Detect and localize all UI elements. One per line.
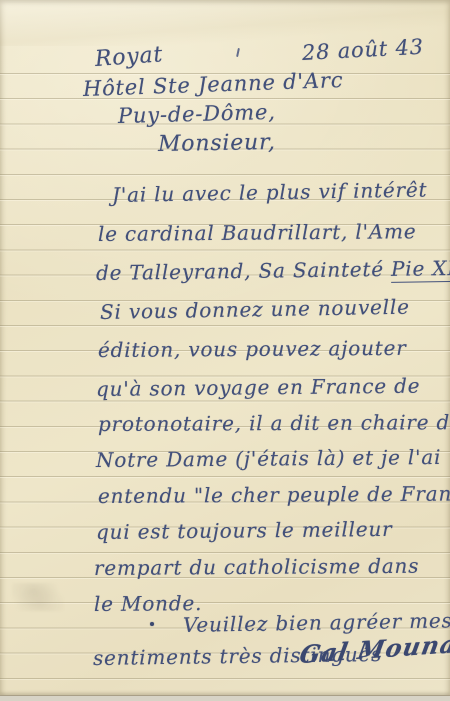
faint-pencil-mark — [12, 583, 64, 611]
body-line: de Talleyrand, Sa Sainteté Pie XII, — [96, 256, 450, 285]
body-line-text: de Talleyrand, Sa Sainteté — [96, 257, 391, 285]
body-line: le cardinal Baudrillart, l'Ame — [98, 219, 417, 246]
body-line: qu'à son voyage en France de — [96, 374, 421, 401]
address-line-region: Puy-de-Dôme, — [118, 100, 276, 128]
body-line: J'ai lu avec le plus vif intérêt — [112, 177, 428, 207]
date-text: 28 août 43 — [301, 35, 424, 65]
body-line: Si vous donnez une nouvelle — [100, 295, 410, 324]
body-line: entendu "le cher peuple de France, — [98, 481, 450, 508]
scan-bottom-edge — [0, 695, 450, 701]
underlined-pie-xii: Pie XII, — [391, 256, 450, 283]
body-line: qui est toujours le meilleur — [96, 517, 393, 544]
stray-ink-mark — [236, 48, 240, 57]
body-line: protonotaire, il a dit en chaire de — [98, 410, 450, 436]
body-line: rempart du catholicisme dans — [94, 554, 419, 580]
address-line-hotel: Hôtel Ste Jeanne d'Arc — [83, 68, 344, 101]
letter-page: Royat 28 août 43 Hôtel Ste Jeanne d'Arc … — [0, 0, 450, 701]
ink-dot — [150, 622, 154, 626]
salutation: Monsieur, — [158, 130, 276, 157]
body-line: Notre Dame (j'étais là) et je l'ai — [96, 445, 441, 472]
body-line: édition, vous pouvez ajouter — [98, 336, 407, 362]
address-line-city: Royat — [94, 42, 164, 72]
